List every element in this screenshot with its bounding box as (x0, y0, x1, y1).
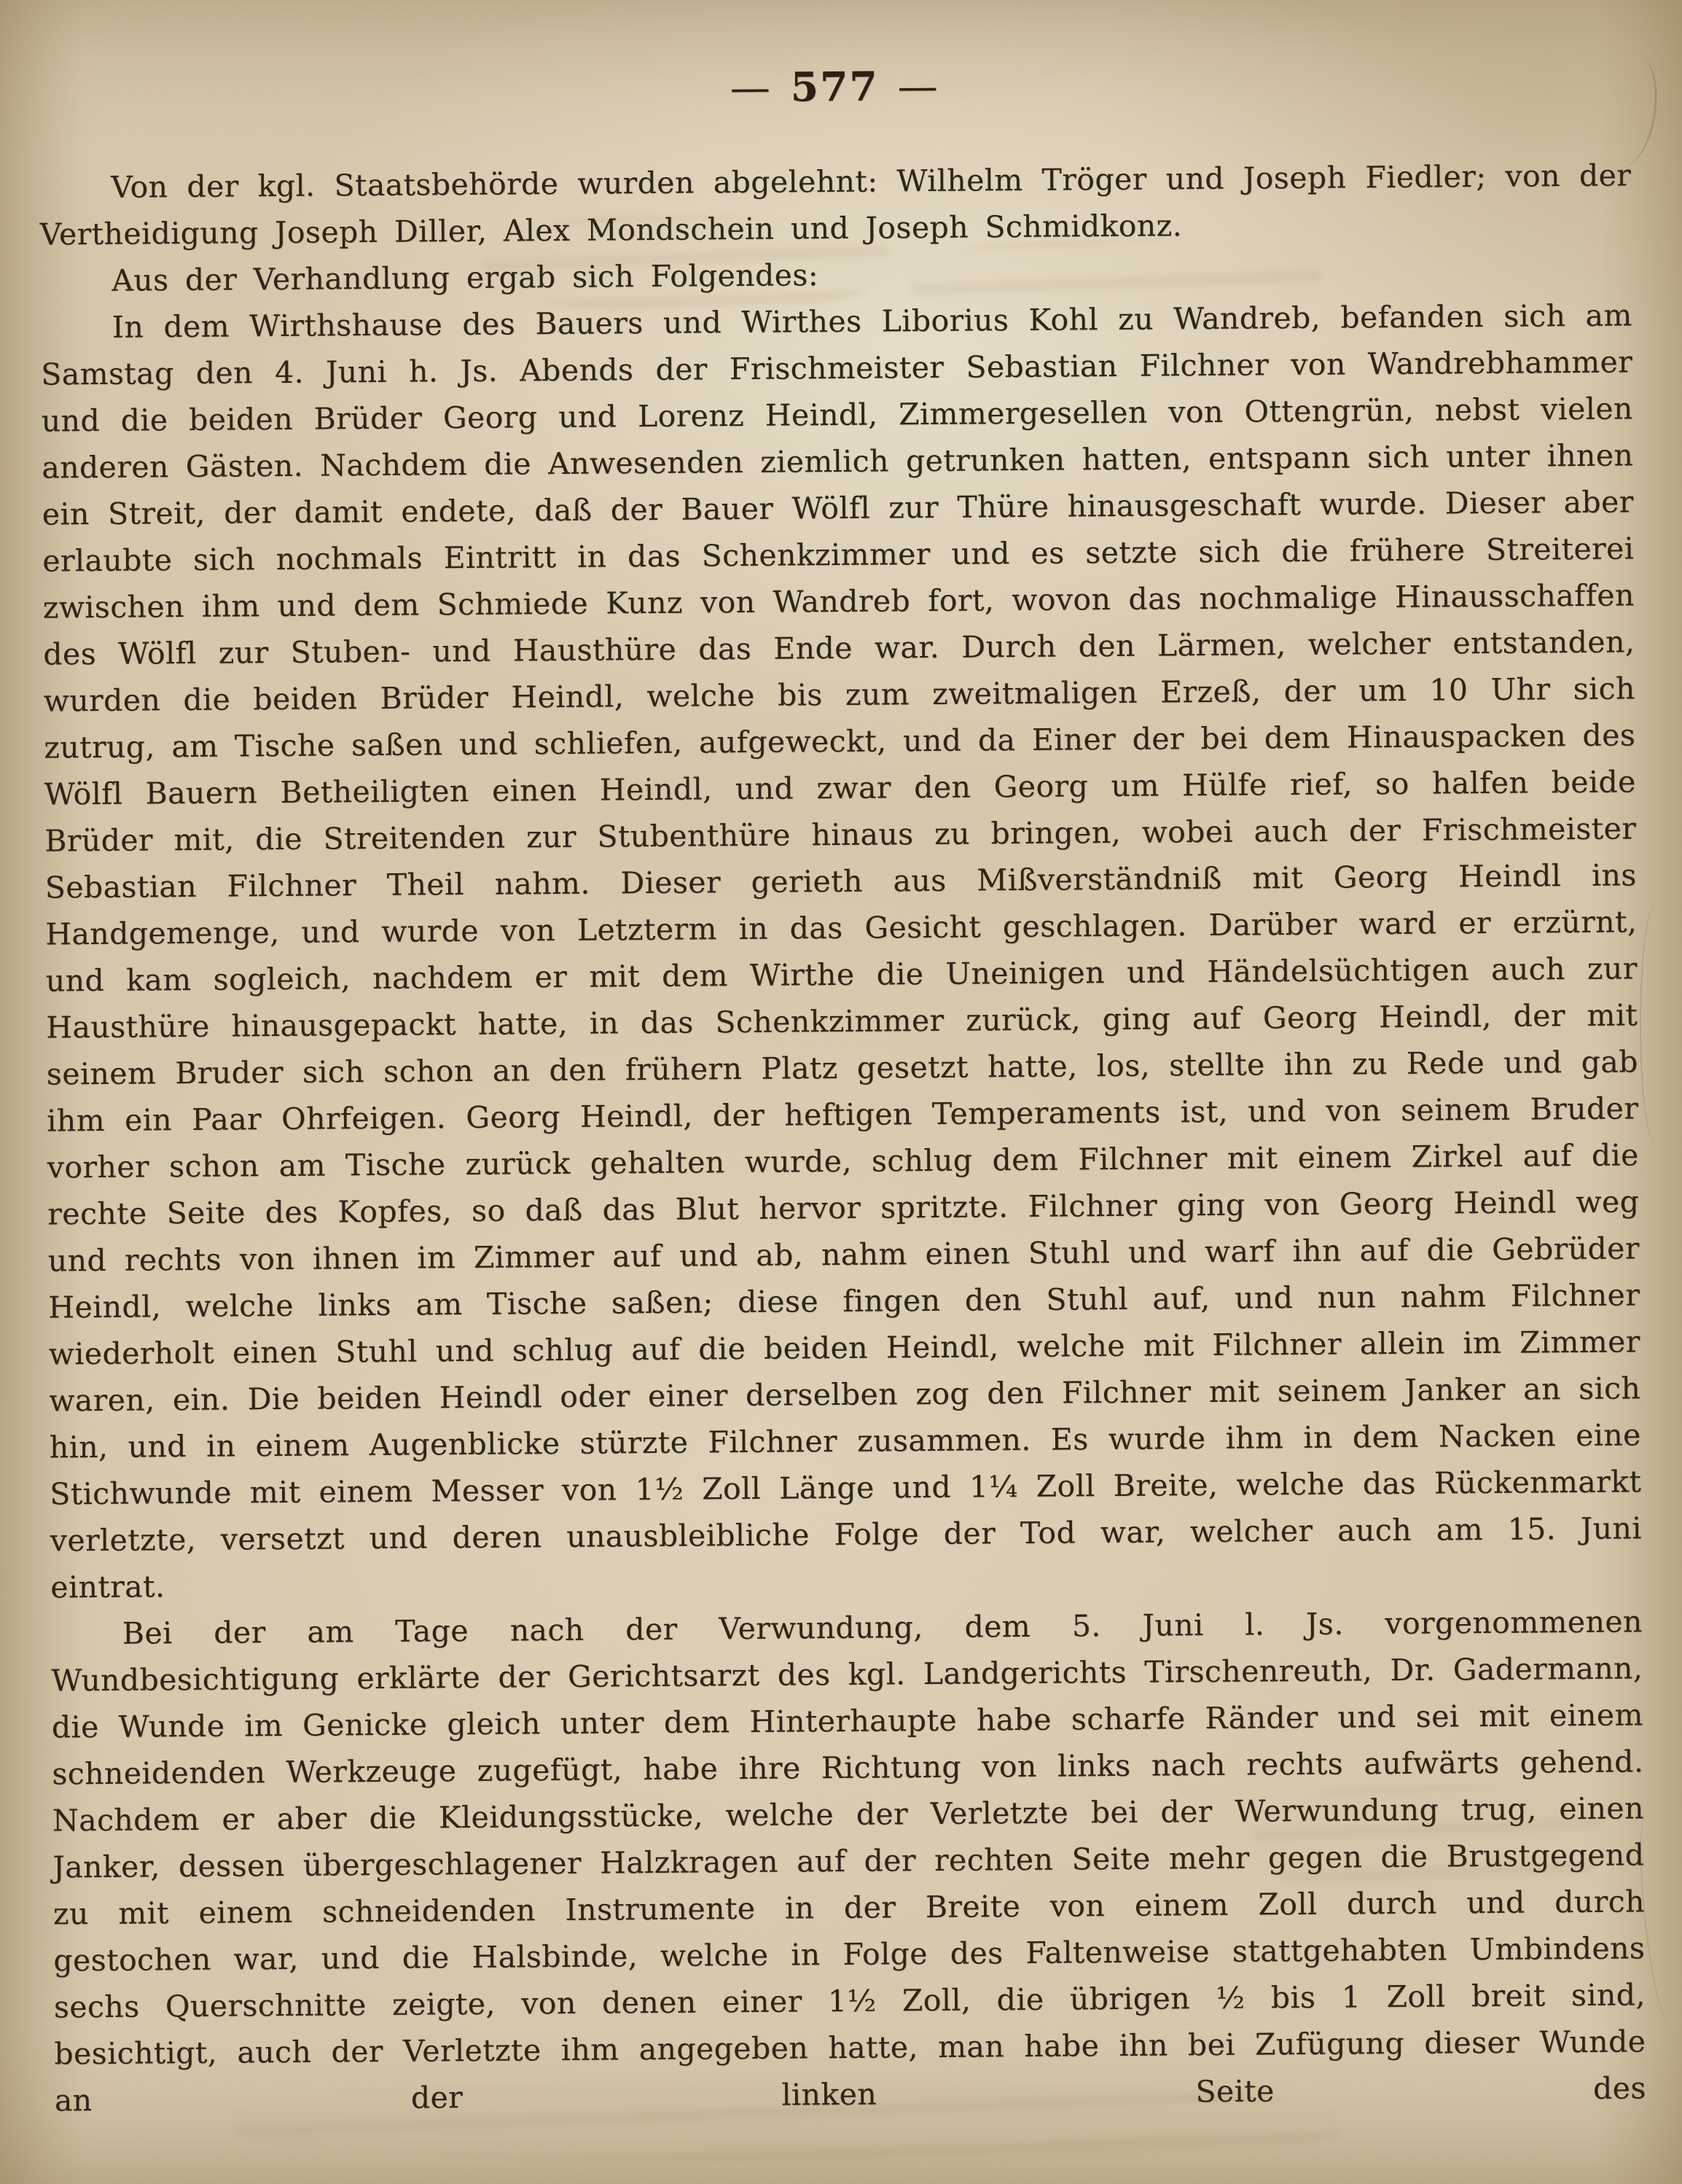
scanned-page: —577— Von der kgl. Staatsbehörde wurden … (0, 0, 1682, 2184)
page-header: —577— (39, 56, 1630, 116)
page-content: —577— Von der kgl. Staatsbehörde wurden … (39, 56, 1646, 2123)
page-number: 577 (791, 63, 879, 111)
body-paragraph-1: Von der kgl. Staatsbehörde wurden abgele… (39, 152, 1632, 257)
body-paragraph-4: Bei der am Tage nach der Verwundung, dem… (51, 1598, 1646, 2123)
body-paragraph-3: In dem Wirthshause des Bauers und Wirthe… (41, 292, 1643, 1610)
header-dash-right: — (878, 63, 958, 110)
header-dash-left: — (711, 64, 791, 112)
document-body: Von der kgl. Staatsbehörde wurden abgele… (39, 152, 1646, 2123)
paper-crease (1640, 904, 1672, 1144)
